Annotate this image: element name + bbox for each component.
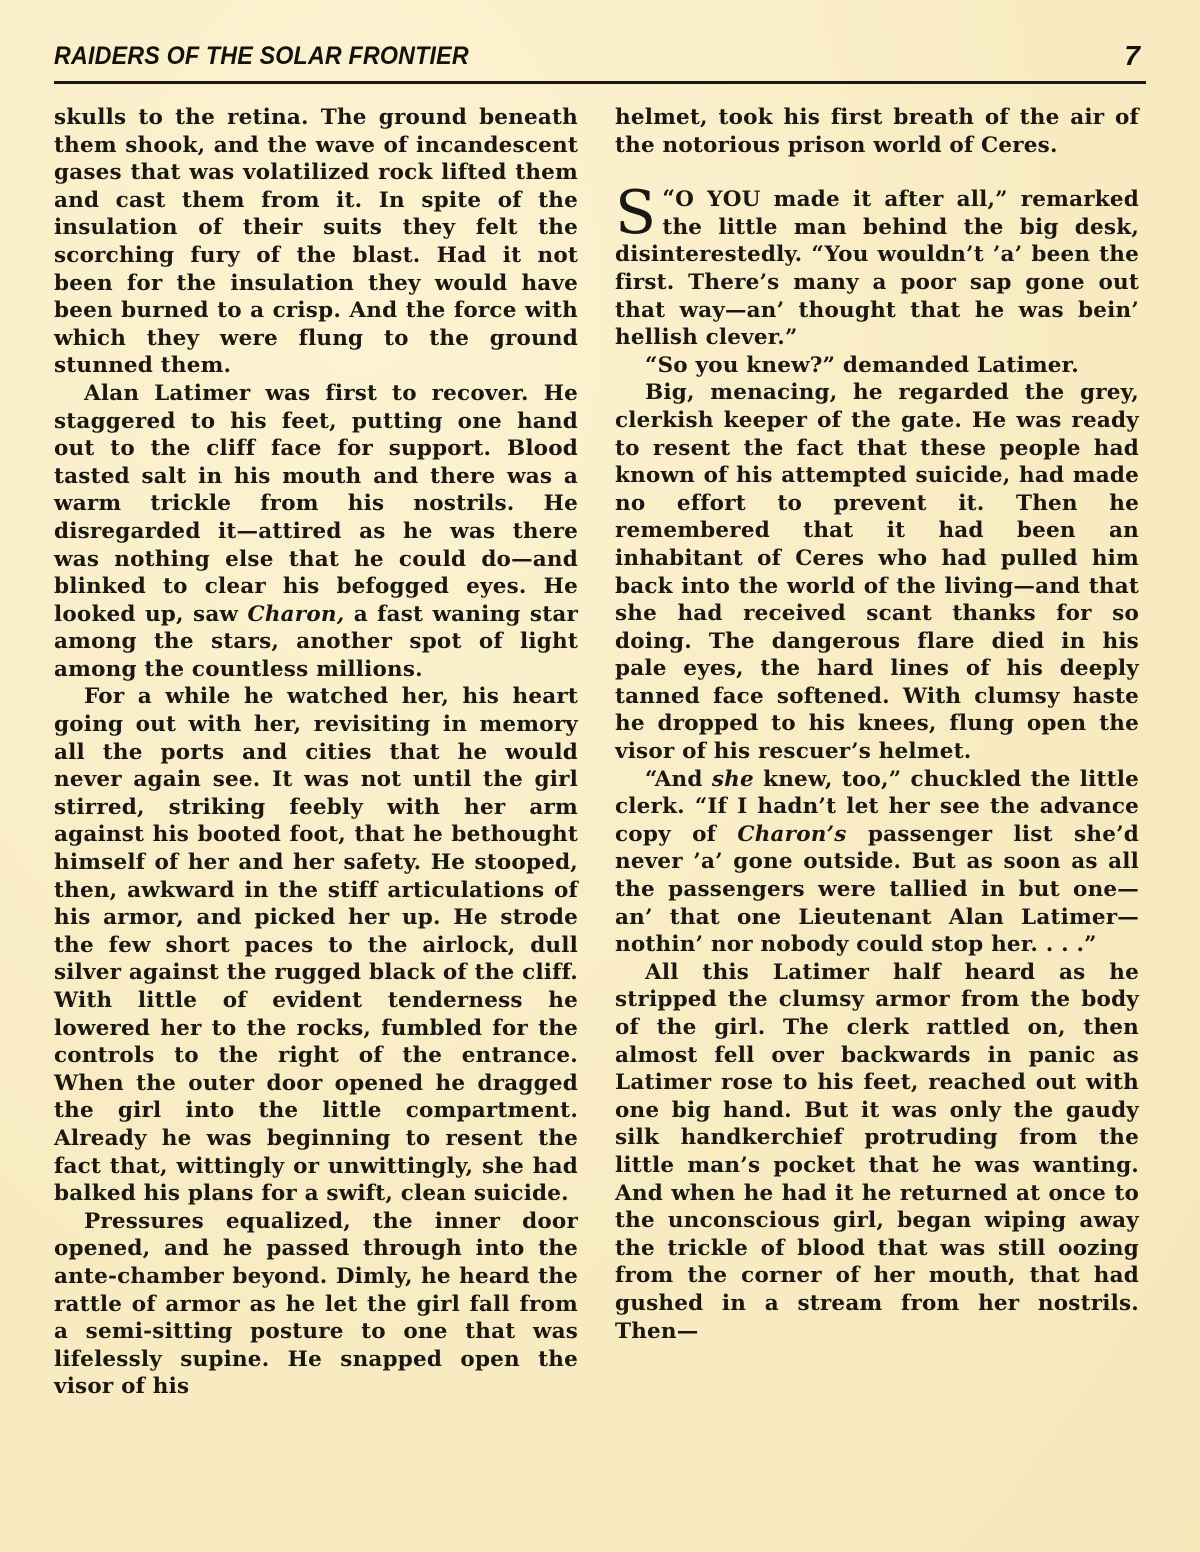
left-column: skulls to the retina. The ground beneath… [54, 104, 578, 1401]
ship-name: Charon’s [737, 822, 846, 847]
page-header: RAIDERS OF THE SOLAR FRONTIER 7 [54, 38, 1146, 78]
header-rule [54, 81, 1146, 84]
drop-cap: S [615, 188, 656, 238]
paragraph: For a while he watched her, his heart go… [54, 683, 578, 1207]
paragraph: All this Latimer half heard as he stripp… [615, 959, 1139, 1345]
paragraph-text: Alan Latimer was first to recover. He st… [54, 381, 578, 627]
paragraph: Alan Latimer was first to recover. He st… [54, 380, 578, 684]
paragraph: Big, menacing, he regarded the grey, cle… [615, 379, 1139, 765]
emphasis: she [712, 767, 754, 792]
section-opening-paragraph: “SO YOU made it after all,” remarked the… [615, 186, 1139, 352]
right-column: helmet, took his first breath of the air… [615, 104, 1139, 1345]
page-number: 7 [1124, 40, 1140, 72]
paragraph: helmet, took his first breath of the air… [615, 104, 1139, 159]
open-quote: “ [662, 186, 675, 212]
paragraph-text: “And [645, 767, 712, 792]
paragraph: skulls to the retina. The ground beneath… [54, 104, 578, 380]
paragraph: “So you knew?” demanded Latimer. [615, 352, 1139, 380]
running-title: RAIDERS OF THE SOLAR FRONTIER [54, 42, 469, 71]
ship-name: Charon, [248, 602, 345, 627]
paragraph-text: O YOU made it after all,” remarked the l… [615, 187, 1139, 350]
paragraph: “And she knew, too,” chuckled the little… [615, 766, 1139, 959]
paragraph: Pressures equalized, the inner door open… [54, 1208, 578, 1401]
